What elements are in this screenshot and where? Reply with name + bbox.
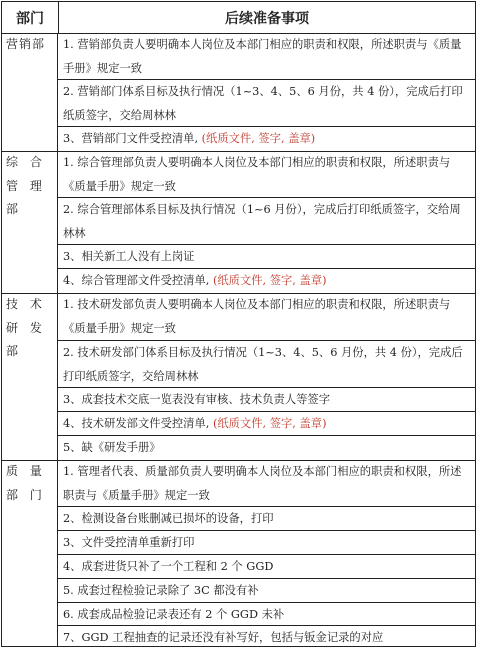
table-row: 2. 营销部门体系目标及执行情况（1~3、4、5、6 月份，共 4 份），完成后…: [58, 80, 475, 127]
dept-name: 质 量 部 门: [2, 460, 58, 647]
table-row: 3、相关新工人没有上岗证: [58, 245, 475, 269]
highlight-note: (纸质文件, 签字, 盖章): [213, 417, 327, 430]
table-row: 1. 技术研发部负责人要明确本人岗位及本部门相应的职责和权限，所述职责与《质量手…: [58, 293, 475, 341]
table-row: 2. 综合管理部体系目标及执行情况（1~6 月份），完成后打印纸质签字，交给周林…: [58, 198, 475, 245]
dept-name: 技 术 研 发部: [2, 293, 58, 460]
table-row: 5. 成套过程检验记录除了 3C 都没有补: [58, 579, 475, 603]
table-row: 5、缺《研发手册》: [58, 436, 475, 460]
dept-row-marketing: 营销部 1. 营销部负责人要明确本人岗位及本部门相应的职责和权限，所述职责与《质…: [2, 33, 475, 152]
highlight-note: (纸质文件, 签字, 盖章): [202, 132, 316, 145]
table-row: 1. 管理者代表、质量部负责人要明确本人岗位及本部门相应的职责和权限，所述职责与…: [58, 460, 475, 507]
table-row: 3、文件受控清单重新打印: [58, 531, 475, 555]
header-items: 后续准备事项: [59, 2, 475, 33]
table-row: 2. 技术研发部门体系目标及执行情况（1~3、4、5、6 月份，共 4 份），完…: [58, 341, 475, 388]
table-row: 4、技术研发部文件受控清单, (纸质文件, 签字, 盖章): [58, 412, 475, 436]
table-row: 3、营销部门文件受控清单, (纸质文件, 签字, 盖章): [58, 127, 475, 151]
table-row: 7、GGD 工程抽查的记录还没有补写好，包括与钣金记录的对应: [58, 626, 475, 647]
dept-row-rnd: 技 术 研 发部 1. 技术研发部负责人要明确本人岗位及本部门相应的职责和权限，…: [2, 293, 475, 461]
dept-name: 综 合 管 理部: [2, 151, 58, 293]
table-row: 4、综合管理部文件受控清单, (纸质文件, 签字, 盖章): [58, 269, 475, 293]
follow-up-table: 部门 后续准备事项 营销部 1. 营销部负责人要明确本人岗位及本部门相应的职责和…: [1, 1, 476, 647]
dept-name: 营销部: [2, 33, 58, 151]
table-row: 4、成套进货只补了一个工程和 2 个 GGD: [58, 555, 475, 579]
table-row: 1. 营销部负责人要明确本人岗位及本部门相应的职责和权限，所述职责与《质量手册》…: [58, 33, 475, 80]
highlight-note: (纸质文件, 签字, 盖章): [213, 274, 327, 287]
table-row: 6. 成套成品检验记录表还有 2 个 GGD 未补: [58, 603, 475, 626]
header-dept: 部门: [2, 2, 59, 33]
dept-row-quality: 质 量 部 门 1. 管理者代表、质量部负责人要明确本人岗位及本部门相应的职责和…: [2, 460, 475, 647]
table-row: 1. 综合管理部负责人要明确本人岗位及本部门相应的职责和权限，所述职责与《质量手…: [58, 151, 475, 198]
table-header: 部门 后续准备事项: [2, 2, 475, 34]
table-row: 3、成套技术交底一览表没有审核、技术负责人等签字: [58, 388, 475, 412]
table-row: 2、检测设备台账删减已损坏的设备，打印: [58, 507, 475, 531]
dept-row-general-management: 综 合 管 理部 1. 综合管理部负责人要明确本人岗位及本部门相应的职责和权限，…: [2, 151, 475, 294]
